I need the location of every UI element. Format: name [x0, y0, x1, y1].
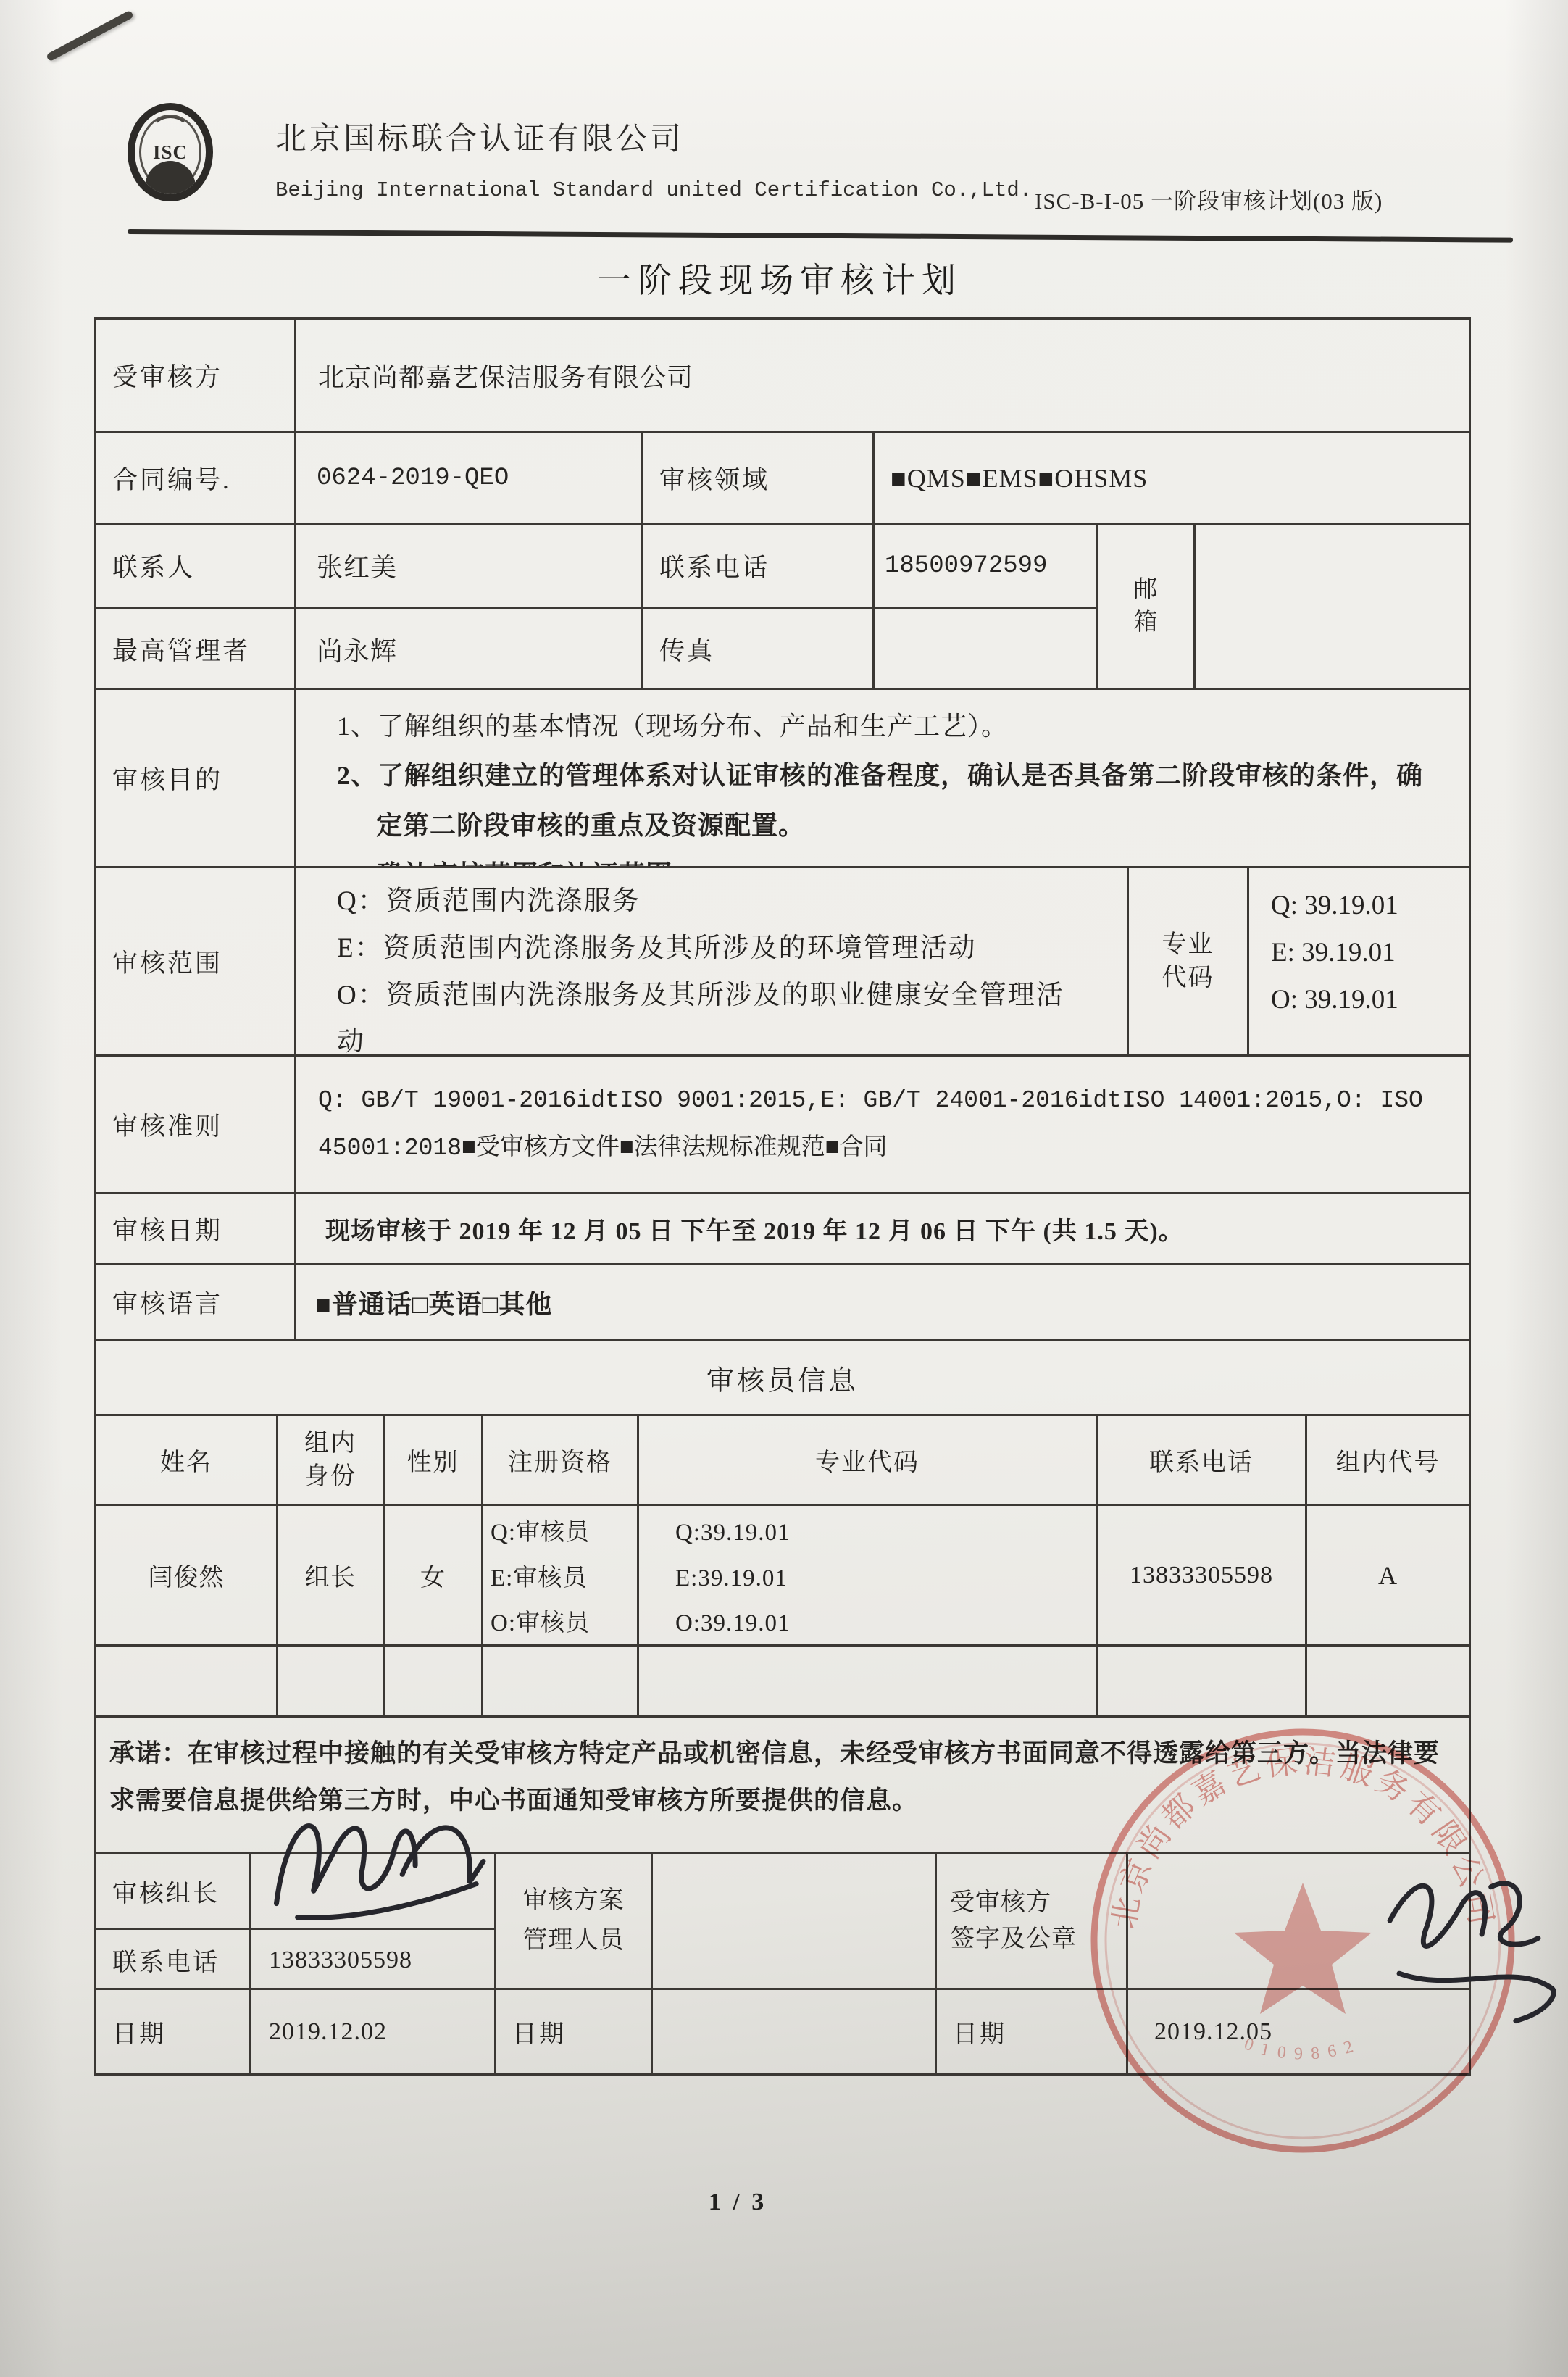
date-label: 日期 [935, 1990, 1126, 2073]
leader-date: 2019.12.02 [249, 1990, 494, 2073]
manager-date [651, 1990, 935, 2073]
date-label: 日期 [494, 1990, 651, 2073]
auditor-phone: 13833305598 [1096, 1506, 1305, 1644]
col-header-role: 组内身份 [276, 1416, 383, 1504]
auditor-qual: Q:审核员 [491, 1510, 637, 1556]
criteria-value: Q: GB/T 19001-2016idtISO 9001:2015,E: GB… [294, 1057, 1469, 1192]
purpose-item: 3、确认审核范围和认证范围。 [337, 850, 1443, 866]
doc-code: ISC-B-I-05 一阶段审核计划(03 版) [1035, 183, 1383, 215]
email-value [1193, 525, 1469, 688]
leader-handwritten-signature [245, 1772, 506, 1949]
company-name-cn: 北京国标联合认证有限公司 [275, 115, 684, 159]
auditor-gender: 女 [383, 1506, 481, 1644]
scope-line: E：资质范围内洗涤服务及其所涉及的环境管理活动 [337, 925, 1069, 973]
auditor-code: Q:39.19.01 [675, 1510, 1096, 1556]
row-audit-date: 审核日期 现场审核于 2019 年 12 月 05 日 下午至 2019 年 1… [96, 1192, 1469, 1263]
scope-code: Q: 39.19.01 [1271, 883, 1469, 930]
purpose-item: 1、了解组织的基本情况（现场分布、产品和生产工艺）。 [337, 702, 1443, 751]
page-title: 一阶段现场审核计划 [0, 254, 1564, 302]
row-contract: 合同编号. 0624-2019-QEO 审核领域 ■QMS■EMS■OHSMS [96, 431, 1469, 523]
purpose-label: 审核目的 [96, 690, 294, 866]
audit-date-value: 现场审核于 2019 年 12 月 05 日 下午至 2019 年 12 月 0… [294, 1194, 1469, 1263]
contact-value: 张红美 [296, 525, 641, 607]
empty-cell [96, 1647, 276, 1715]
email-cell: 邮箱 [1096, 525, 1193, 688]
rows-contact-manager: 联系人 最高管理者 张红美 尚永辉 联系电话 传真 18500972599 邮箱 [96, 523, 1469, 688]
auditor-role: 组长 [276, 1506, 383, 1644]
col-header-role-text: 组内身份 [302, 1427, 359, 1494]
row-auditor-section: 审核员信息 [96, 1339, 1469, 1414]
col-phone-fax-values: 18500972599 [872, 525, 1096, 688]
auditee-handwritten-signature [1367, 1834, 1568, 2036]
staple-mark [46, 10, 134, 62]
scope-content: Q：资质范围内洗涤服务 E：资质范围内洗涤服务及其所涉及的环境管理活动 O：资质… [294, 868, 1127, 1054]
empty-cell [383, 1647, 481, 1715]
empty-cell [481, 1647, 637, 1715]
manager-label: 审核方案管理人员 [520, 1881, 627, 1960]
scope-label: 审核范围 [96, 868, 294, 1054]
auditor-section-title: 审核员信息 [96, 1341, 1469, 1414]
auditee-sign-cell-label: 受审核方 签字及公章 [935, 1854, 1126, 1988]
col-header-code: 专业代码 [637, 1416, 1096, 1504]
language-value: ■普通话□英语□其他 [294, 1265, 1469, 1339]
company-logo: ISC [128, 103, 213, 201]
auditee-label: 受审核方 [96, 320, 294, 431]
row-criteria: 审核准则 Q: GB/T 19001-2016idtISO 9001:2015,… [96, 1054, 1469, 1192]
auditor-codes: Q:39.19.01 E:39.19.01 O:39.19.01 [637, 1506, 1096, 1644]
col-phone-fax-labels: 联系电话 传真 [641, 525, 872, 688]
col-header-teamcode: 组内代号 [1305, 1416, 1469, 1504]
auditor-code: O:39.19.01 [675, 1601, 1096, 1644]
auditor-row: 闫俊然 组长 女 Q:审核员 E:审核员 O:审核员 Q:39.19.01 E:… [96, 1504, 1469, 1644]
criteria-label: 审核准则 [96, 1057, 294, 1192]
scope-line: Q：资质范围内洗涤服务 [337, 878, 1069, 925]
manager-label: 最高管理者 [96, 607, 294, 688]
col-header-name: 姓名 [96, 1416, 276, 1504]
auditor-empty-row [96, 1644, 1469, 1715]
company-name-en: Beijing International Standard united Ce… [275, 178, 1032, 202]
audit-field-label: 审核领域 [641, 433, 872, 523]
scope-line: O：资质范围内洗涤服务及其所涉及的职业健康安全管理活动 [337, 973, 1069, 1055]
scanned-document-page: ISC 北京国标联合认证有限公司 Beijing International S… [0, 0, 1568, 2377]
logo-text: ISC [153, 141, 188, 164]
contract-label: 合同编号. [96, 433, 294, 523]
audit-date-label: 审核日期 [96, 1194, 294, 1263]
manager-cell: 审核方案管理人员 [494, 1854, 651, 1988]
auditor-teamcode: A [1305, 1506, 1469, 1644]
page-number: 1 / 3 [0, 2189, 1522, 2216]
empty-cell [276, 1647, 383, 1715]
scope-code: O: 39.19.01 [1271, 977, 1469, 1024]
fax-label: 传真 [643, 607, 872, 688]
auditor-quals: Q:审核员 E:审核员 O:审核员 [481, 1506, 637, 1644]
email-label: 邮箱 [1132, 574, 1159, 638]
col-header-qualification: 注册资格 [481, 1416, 637, 1504]
scope-code-label: 专业代码 [1159, 928, 1216, 995]
language-label: 审核语言 [96, 1265, 294, 1339]
auditee-value: 北京尚都嘉艺保洁服务有限公司 [294, 320, 1469, 431]
auditor-qual: O:审核员 [491, 1601, 637, 1644]
auditor-header-row: 姓名 组内身份 性别 注册资格 专业代码 联系电话 组内代号 [96, 1414, 1469, 1504]
empty-cell [1096, 1647, 1305, 1715]
signoff-phone-label: 联系电话 [96, 1928, 249, 1988]
col-contact-values: 张红美 尚永辉 [294, 525, 641, 688]
col-signoff-labels: 审核组长 联系电话 [96, 1854, 249, 1988]
purpose-content: 1、了解组织的基本情况（现场分布、产品和生产工艺）。 2、了解组织建立的管理体系… [294, 690, 1469, 866]
auditor-qual: E:审核员 [491, 1556, 637, 1602]
empty-cell [1305, 1647, 1469, 1715]
scope-codes: Q: 39.19.01 E: 39.19.01 O: 39.19.01 [1247, 868, 1469, 1054]
manager-value: 尚永辉 [296, 607, 641, 688]
phone-value: 18500972599 [875, 525, 1096, 607]
scope-code: E: 39.19.01 [1271, 930, 1469, 977]
manager-signature-cell [651, 1854, 935, 1988]
row-language: 审核语言 ■普通话□英语□其他 [96, 1263, 1469, 1339]
row-auditee: 受审核方 北京尚都嘉艺保洁服务有限公司 [96, 320, 1469, 431]
date-label: 日期 [96, 1990, 249, 2073]
audit-field-value: ■QMS■EMS■OHSMS [872, 433, 1469, 523]
row-purpose: 审核目的 1、了解组织的基本情况（现场分布、产品和生产工艺）。 2、了解组织建立… [96, 688, 1469, 866]
empty-cell [637, 1647, 1096, 1715]
leader-label: 审核组长 [96, 1854, 249, 1928]
auditee-sign-label: 受审核方 签字及公章 [950, 1885, 1077, 1957]
phone-label: 联系电话 [643, 525, 872, 607]
col-contact-labels: 联系人 最高管理者 [96, 525, 294, 688]
auditor-name: 闫俊然 [96, 1506, 276, 1644]
signoff-date-row: 日期 2019.12.02 日期 日期 2019.12.05 [96, 1988, 1469, 2073]
contract-value: 0624-2019-QEO [294, 433, 641, 523]
scope-code-cell: 专业代码 [1127, 868, 1247, 1054]
header-rule [128, 229, 1513, 243]
row-scope: 审核范围 Q：资质范围内洗涤服务 E：资质范围内洗涤服务及其所涉及的环境管理活动… [96, 866, 1469, 1054]
auditor-code: E:39.19.01 [675, 1556, 1096, 1602]
col-header-gender: 性别 [383, 1416, 481, 1504]
fax-value [875, 607, 1096, 688]
purpose-item: 2、了解组织建立的管理体系对认证审核的准备程度，确认是否具备第二阶段审核的条件，… [337, 751, 1443, 850]
col-header-phone: 联系电话 [1096, 1416, 1305, 1504]
contact-label: 联系人 [96, 525, 294, 607]
